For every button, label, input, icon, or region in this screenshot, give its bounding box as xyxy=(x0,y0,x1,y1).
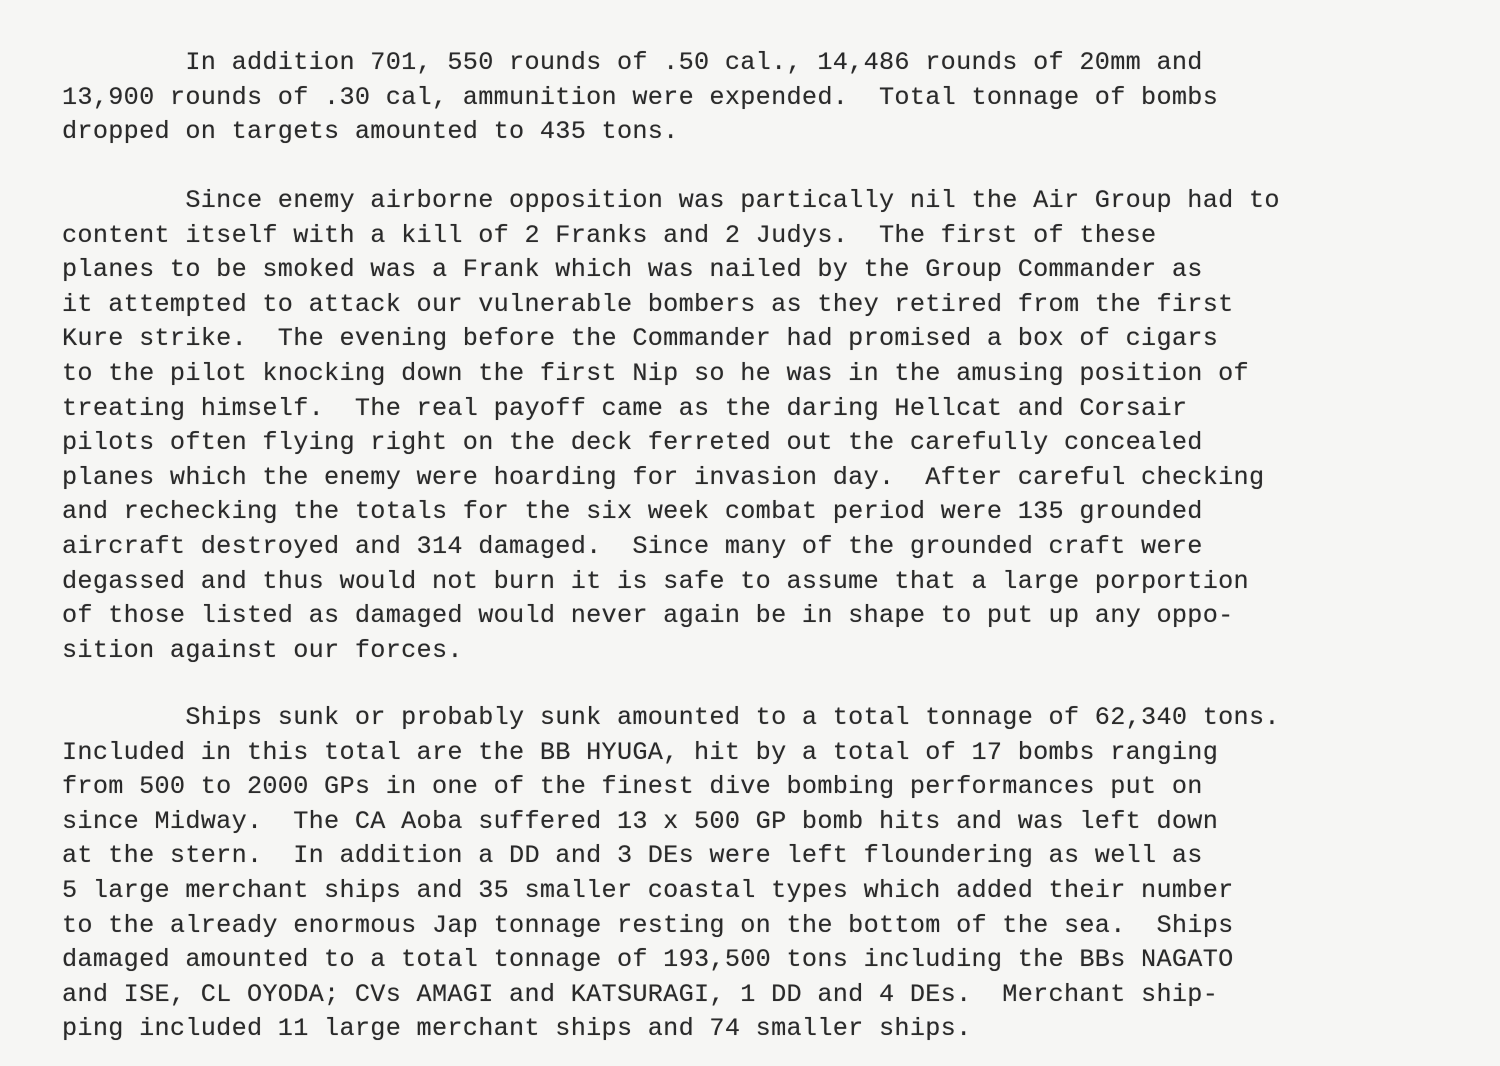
paragraph-ships-sunk: Ships sunk or probably sunk amounted to … xyxy=(62,701,1392,1047)
text-line: planes which the enemy were hoarding for… xyxy=(62,461,1392,496)
text-line: 5 large merchant ships and 35 smaller co… xyxy=(62,874,1392,909)
text-line: damaged amounted to a total tonnage of 1… xyxy=(62,943,1392,978)
text-line: to the pilot knocking down the first Nip… xyxy=(62,357,1392,392)
text-line: In addition 701, 550 rounds of .50 cal.,… xyxy=(62,46,1392,81)
text-line: Ships sunk or probably sunk amounted to … xyxy=(62,701,1392,736)
text-line: to the already enormous Jap tonnage rest… xyxy=(62,909,1392,944)
paragraph-enemy-aircraft: Since enemy airborne opposition was part… xyxy=(62,184,1392,668)
text-line: content itself with a kill of 2 Franks a… xyxy=(62,219,1392,254)
text-line: it attempted to attack our vulnerable bo… xyxy=(62,288,1392,323)
text-line: treating himself. The real payoff came a… xyxy=(62,392,1392,427)
text-line: and rechecking the totals for the six we… xyxy=(62,495,1392,530)
text-line: Kure strike. The evening before the Comm… xyxy=(62,322,1392,357)
text-line: at the stern. In addition a DD and 3 DEs… xyxy=(62,839,1392,874)
text-line: planes to be smoked was a Frank which wa… xyxy=(62,253,1392,288)
text-line: and ISE, CL OYODA; CVs AMAGI and KATSURA… xyxy=(62,978,1392,1013)
text-line: 13,900 rounds of .30 cal, ammunition wer… xyxy=(62,81,1392,116)
text-line: pilots often flying right on the deck fe… xyxy=(62,426,1392,461)
paragraph-ammunition-expended: In addition 701, 550 rounds of .50 cal.,… xyxy=(62,46,1392,150)
text-line: sition against our forces. xyxy=(62,634,1392,669)
text-line: Since enemy airborne opposition was part… xyxy=(62,184,1392,219)
text-line: of those listed as damaged would never a… xyxy=(62,599,1392,634)
text-line: degassed and thus would not burn it is s… xyxy=(62,565,1392,600)
typewritten-document-page: In addition 701, 550 rounds of .50 cal.,… xyxy=(0,0,1500,1066)
text-line: Included in this total are the BB HYUGA,… xyxy=(62,736,1392,771)
text-line: ping included 11 large merchant ships an… xyxy=(62,1012,1392,1047)
text-line: since Midway. The CA Aoba suffered 13 x … xyxy=(62,805,1392,840)
text-line: from 500 to 2000 GPs in one of the fines… xyxy=(62,770,1392,805)
text-line: dropped on targets amounted to 435 tons. xyxy=(62,115,1392,150)
text-line: aircraft destroyed and 314 damaged. Sinc… xyxy=(62,530,1392,565)
